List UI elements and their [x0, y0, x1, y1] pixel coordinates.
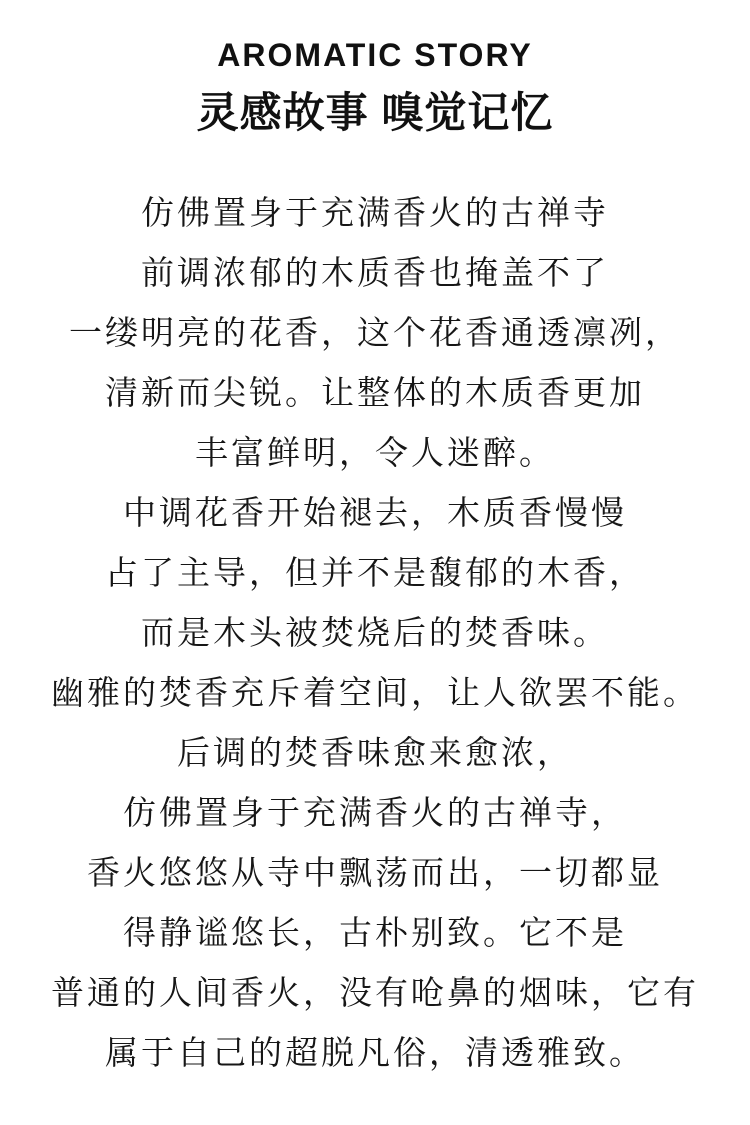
story-line: 一缕明亮的花香，这个花香通透凛冽，	[0, 303, 750, 363]
story-line: 中调花香开始褪去，木质香慢慢	[0, 483, 750, 543]
story-line: 幽雅的焚香充斥着空间，让人欲罢不能。	[0, 663, 750, 723]
story-line: 前调浓郁的木质香也掩盖不了	[0, 243, 750, 303]
story-line: 占了主导，但并不是馥郁的木香，	[0, 543, 750, 603]
story-line: 清新而尖锐。让整体的木质香更加	[0, 363, 750, 423]
product-story-panel: AROMATIC STORY 灵感故事 嗅觉记忆 仿佛置身于充满香火的古禅寺 前…	[0, 0, 750, 1125]
story-line: 而是木头被焚烧后的焚香味。	[0, 603, 750, 663]
story-line: 属于自己的超脱凡俗，清透雅致。	[0, 1023, 750, 1083]
story-line: 普通的人间香火，没有呛鼻的烟味，它有	[0, 963, 750, 1023]
story-line: 后调的焚香味愈来愈浓，	[0, 723, 750, 783]
story-line: 仿佛置身于充满香火的古禅寺	[0, 183, 750, 243]
story-line: 仿佛置身于充满香火的古禅寺，	[0, 783, 750, 843]
title-english: AROMATIC STORY	[0, 36, 750, 74]
story-line: 丰富鲜明，令人迷醉。	[0, 423, 750, 483]
story-line: 得静谧悠长，古朴别致。它不是	[0, 903, 750, 963]
title-chinese: 灵感故事 嗅觉记忆	[0, 90, 750, 136]
story-line: 香火悠悠从寺中飘荡而出，一切都显	[0, 843, 750, 903]
story-header: AROMATIC STORY 灵感故事 嗅觉记忆	[0, 0, 750, 136]
story-paragraph: 仿佛置身于充满香火的古禅寺 前调浓郁的木质香也掩盖不了 一缕明亮的花香，这个花香…	[0, 183, 750, 1083]
